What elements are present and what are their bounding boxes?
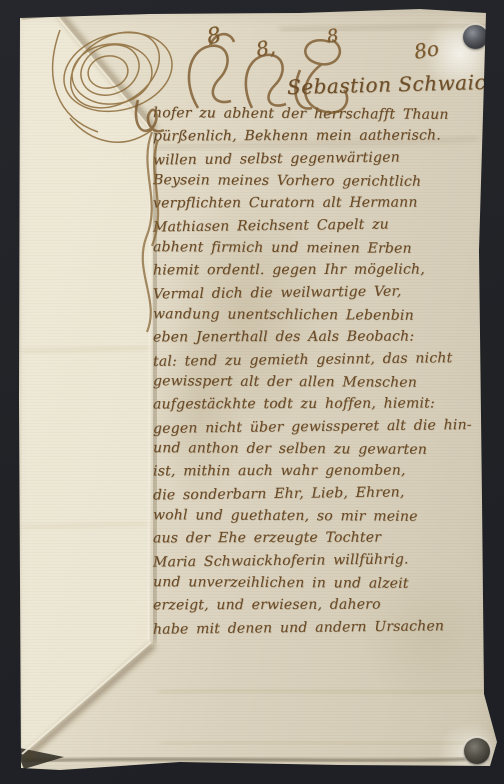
grommet-top-right <box>463 25 488 49</box>
grommet-bottom-right <box>464 738 490 764</box>
photo-background: hofer zu abhent der herrschafft Thaun pü… <box>0 0 504 784</box>
manuscript-page: hofer zu abhent der herrschafft Thaun pü… <box>0 0 504 784</box>
paper-vignette <box>0 0 504 784</box>
